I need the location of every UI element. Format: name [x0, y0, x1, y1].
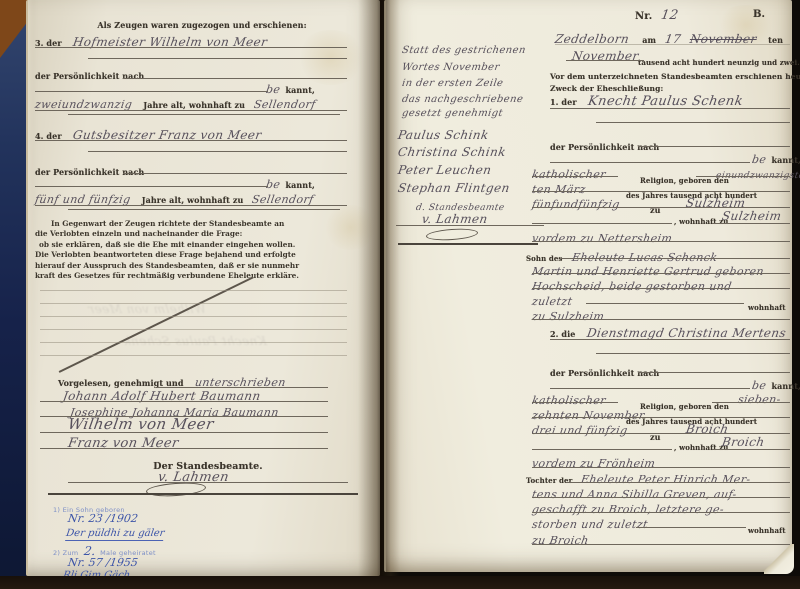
declaration-line: hierauf der Ausspruch des Standesbeamten… — [35, 261, 351, 271]
groom-birthyear-handwriting: fünfundfünfzig — [531, 198, 621, 211]
declaration-line: Die Verlobten beantworteten diese Frage … — [35, 250, 351, 260]
declaration-line: In Gegenwart der Zeugen richtete der Sta… — [35, 219, 351, 229]
bride-persona-label: der Persönlichkeit nach — [550, 368, 659, 378]
groom-persona-label: der Persönlichkeit nach — [550, 142, 659, 152]
ruled-line — [532, 273, 790, 274]
ruled-line — [532, 319, 790, 320]
ruled-line — [550, 339, 790, 340]
ruled-line — [68, 482, 348, 483]
ruled-line — [550, 388, 750, 389]
ruled-line — [561, 258, 790, 259]
ruled-line — [566, 482, 790, 483]
bride-birthday-handwriting: sieben- — [737, 393, 782, 406]
ruled-line — [396, 225, 544, 226]
ruled-line — [123, 78, 347, 79]
ruled-line — [40, 448, 328, 449]
ruled-line — [555, 44, 790, 45]
witness4-age-label: Jahre alt, wohnhaft zu — [142, 195, 244, 205]
ruled-line — [35, 205, 347, 206]
ruled-line — [68, 114, 340, 115]
page-corner-fold — [764, 544, 794, 574]
ruled-line — [40, 342, 347, 343]
ruled-line — [123, 173, 347, 174]
ruled-line — [596, 353, 790, 354]
ruled-line — [550, 108, 790, 109]
groom-former-residence-handwriting: vordem zu Nettersheim — [531, 232, 673, 245]
ruled-line — [40, 303, 347, 304]
signature-flourish — [146, 481, 207, 498]
ruled-line — [532, 223, 672, 224]
margin-signature: Christina Schink — [397, 145, 507, 159]
bride-parents-residence-handwriting: zu Broich — [531, 534, 590, 547]
registry-book-photo: Als Zeugen waren zugezogen und erschiene… — [0, 0, 800, 589]
ruled-line — [532, 497, 790, 498]
margin-note-line: gesetzt genehmigt — [401, 108, 504, 119]
witness4-persona-label: der Persönlichkeit nach — [35, 167, 144, 177]
ruled-line — [398, 243, 538, 245]
ruled-line — [532, 241, 790, 242]
ruled-line — [35, 186, 268, 187]
record-number-label: Nr. — [635, 11, 652, 22]
ruled-line — [712, 223, 790, 224]
ruled-line — [40, 401, 328, 402]
ruled-line — [68, 209, 340, 210]
ruled-line — [596, 122, 790, 123]
ruled-line — [40, 316, 347, 317]
groom-parents-wohnhaft-label: wohnhaft — [748, 303, 786, 312]
witness3-persona-label: der Persönlichkeit nach — [35, 71, 144, 81]
ruled-line — [532, 288, 790, 289]
margin-signature: Stephan Flintgen — [397, 181, 511, 195]
ruled-line — [532, 512, 790, 513]
signature-flourish — [426, 227, 479, 242]
bride-parents-wohnhaft-label: wohnhaft — [748, 526, 786, 535]
ink-bleed-ghost: Knecht Paulus Schenk — [122, 334, 268, 348]
ruled-line — [35, 110, 347, 111]
signature-witness3: Wilhelm von Meer — [67, 415, 216, 433]
ruled-line — [35, 91, 268, 92]
declaration-line: ob sie erklären, daß sie die Ehe mit ein… — [35, 240, 351, 250]
ruled-line — [40, 432, 328, 433]
ruled-line — [712, 402, 790, 403]
ruled-line — [40, 416, 328, 417]
ruled-line — [532, 207, 790, 208]
bride-residence-handwriting: Broich — [721, 435, 766, 449]
ruled-line — [88, 151, 347, 152]
book-cover-edge — [0, 0, 27, 589]
ruled-line — [638, 146, 790, 147]
groom-residence-handwriting: Sulzheim — [721, 209, 783, 223]
ruled-line — [586, 303, 744, 304]
ruled-line — [532, 417, 790, 418]
ruled-line — [532, 176, 618, 177]
ruled-line — [532, 449, 672, 450]
declaration-line: kraft des Gesetzes für rechtmäßig verbun… — [35, 271, 351, 281]
bride-name-handwriting: Dienstmagd Christina Mertens — [585, 326, 786, 340]
margin-registrar-signature: v. Lahmen — [421, 212, 489, 226]
table-edge — [0, 576, 800, 589]
declaration-line: die Verlobten einzeln und nacheinander d… — [35, 229, 351, 239]
right-page: Nr. 12 B. Zeddelborn am 17 November ten … — [384, 0, 792, 572]
ruled-line — [35, 47, 347, 48]
ruled-line — [40, 355, 347, 356]
ruled-line — [532, 191, 790, 192]
groom-name-handwriting: Knecht Paulus Schenk — [587, 94, 744, 109]
ruled-line — [40, 329, 347, 330]
groom-prefix: 1. der — [550, 97, 577, 107]
ruled-line — [532, 467, 790, 468]
witness3-age-label: Jahre alt, wohnhaft zu — [143, 100, 245, 110]
ruled-line — [158, 387, 328, 388]
ruled-line — [532, 544, 790, 545]
ruled-line — [550, 162, 750, 163]
ruled-line — [696, 176, 790, 177]
ruled-line — [636, 527, 746, 528]
bride-birthyear-handwriting: drei und fünfzig — [531, 424, 629, 437]
sheet-letter: B. — [753, 9, 765, 20]
witnesses-heading: Als Zeugen waren zugezogen und erschiene… — [97, 20, 306, 30]
ruled-line — [532, 402, 618, 403]
ruled-line — [40, 290, 347, 291]
ruled-line — [566, 60, 644, 61]
ruled-line — [88, 58, 347, 59]
bride-prefix: 2. die — [550, 329, 575, 339]
margin-signature: Paulus Schink — [397, 128, 490, 142]
left-page: Als Zeugen waren zugezogen und erschiene… — [26, 0, 380, 576]
record-number-handwriting: 12 — [660, 8, 680, 23]
ruled-line — [638, 372, 790, 373]
ruled-line — [532, 433, 790, 434]
ruled-line — [35, 140, 347, 141]
ruled-line — [712, 449, 790, 450]
margin-signature: Peter Leuchen — [397, 163, 493, 177]
ruled-line — [48, 493, 358, 495]
